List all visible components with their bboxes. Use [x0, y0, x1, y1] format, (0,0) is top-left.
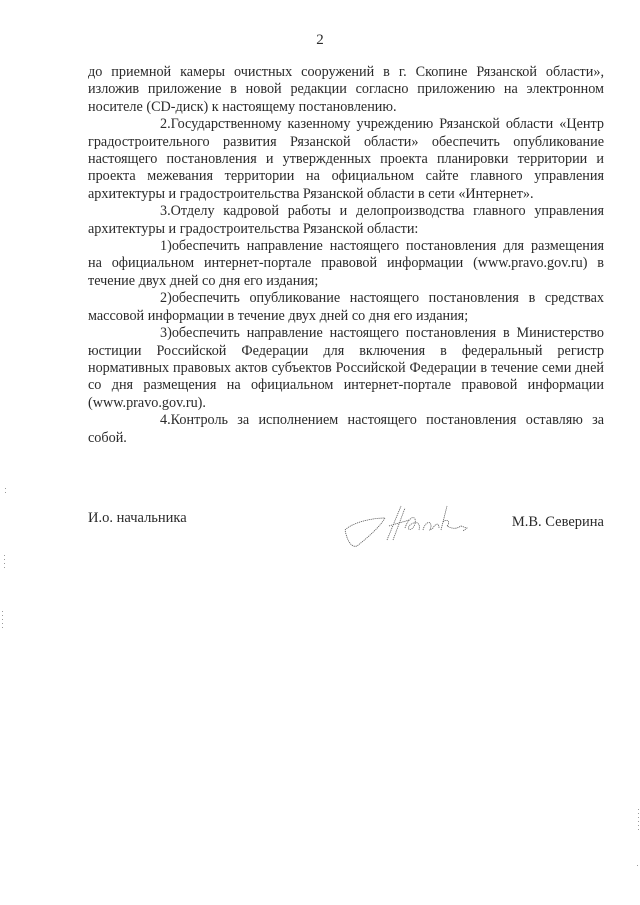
paragraph-item-2: 2.Государственному казенному учреждению … [88, 116, 604, 203]
paragraph-number: 3. [124, 203, 171, 220]
subparagraph-item-3: 3)обеспечить направление настоящего пост… [88, 325, 604, 412]
handwritten-signature-icon [343, 500, 468, 550]
paragraph-item-4: 4.Контроль за исполнением настоящего пос… [88, 412, 604, 447]
paragraph-number: 2. [124, 116, 171, 133]
scan-artifact [5, 485, 8, 496]
paragraph-number: 3) [124, 325, 172, 342]
paragraph-item-3: 3.Отделу кадровой работы и делопроизводс… [88, 203, 604, 238]
signature-block: И.о. начальника М.В. Северина [88, 500, 604, 560]
paragraph-continuation: до приемной камеры очистных сооружений в… [88, 64, 604, 116]
signer-name: М.В. Северина [512, 514, 604, 531]
signer-title: И.о. начальника [88, 510, 187, 527]
scan-artifact [4, 552, 7, 571]
subparagraph-item-1: 1)обеспечить направление настоящего пост… [88, 238, 604, 290]
subparagraph-item-2: 2)обеспечить опубликование настоящего по… [88, 290, 604, 325]
page-number: 2 [0, 32, 640, 49]
paragraph-number: 4. [124, 412, 171, 429]
paragraph-number: 1) [124, 238, 172, 255]
paragraph-text: до приемной камеры очистных сооружений в… [88, 64, 604, 115]
document-body: до приемной камеры очистных сооружений в… [88, 64, 604, 447]
paragraph-number: 2) [124, 290, 172, 307]
scan-artifact [2, 608, 5, 631]
